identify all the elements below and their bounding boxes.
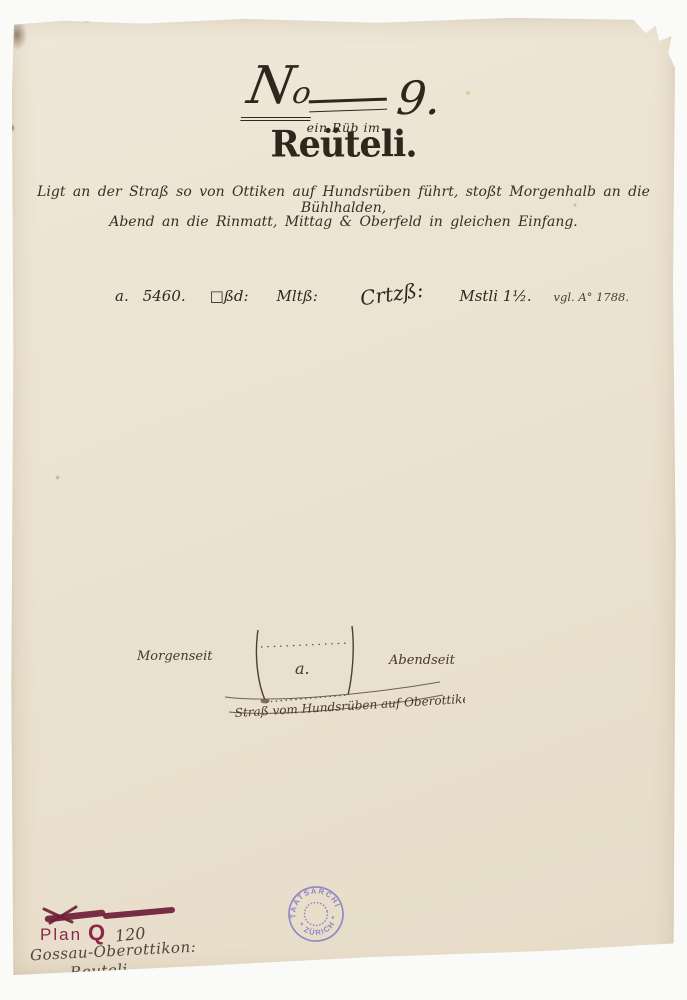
title-number: 9. [395, 75, 444, 121]
parcel-sketch: Morgenseit Abendseit a. Straß vom Hundsr… [125, 616, 465, 741]
stamp-inner-ring [302, 900, 330, 928]
title-subtitle-large: Reüteli. [10, 123, 677, 166]
unit-square-feet: □ßd: [210, 287, 249, 305]
unit-maessli: Mstli 1½. [459, 287, 531, 305]
foxing-spot [55, 475, 60, 480]
unit-viertel: Crtzß: [358, 278, 424, 311]
edge-fleck [58, 16, 66, 21]
edge-fleck [108, 16, 120, 22]
label-morning-side: Morgenseit [136, 649, 213, 664]
parcel-right-side [348, 626, 353, 695]
area-value: 5460. [143, 287, 186, 305]
plan-label: Plan [40, 925, 82, 945]
parcel-letter: a. [115, 287, 129, 305]
edge-fleck [158, 16, 166, 21]
parcel-left-side [256, 630, 265, 700]
parcel-top-dotted [261, 643, 349, 647]
edge-fleck [136, 18, 145, 23]
road-caption: Straß vom Hundsrüben auf Oberottiken [234, 691, 465, 720]
document-title: No 9. [10, 56, 677, 121]
paper-sheet: No 9. ein Rüb im Reüteli. Ligt an der St… [10, 16, 677, 976]
archive-stamp: STAATSARCHIV * ZÜRICH * [278, 876, 353, 951]
pencil-note-name: Reuteli [70, 960, 129, 981]
description-line-2: Abend an die Rinmatt, Mittag & Oberfeld … [10, 214, 677, 230]
strike-bar [106, 910, 172, 916]
unit-malter: Mltß: [277, 287, 318, 305]
description-line-1: Ligt an der Straß so von Ottiken auf Hun… [10, 184, 677, 216]
edge-fleck [82, 18, 92, 23]
parcel-label: a. [295, 659, 310, 678]
measurement-row: a. 5460. □ßd: Mltß: Crtzß: Mstli 1½. vgl… [10, 282, 677, 306]
title-flourish [309, 98, 387, 113]
corner-stain [7, 20, 27, 50]
label-evening-side: Abendseit [388, 653, 456, 668]
year-reference: vgl. A° 1788. [554, 290, 629, 304]
